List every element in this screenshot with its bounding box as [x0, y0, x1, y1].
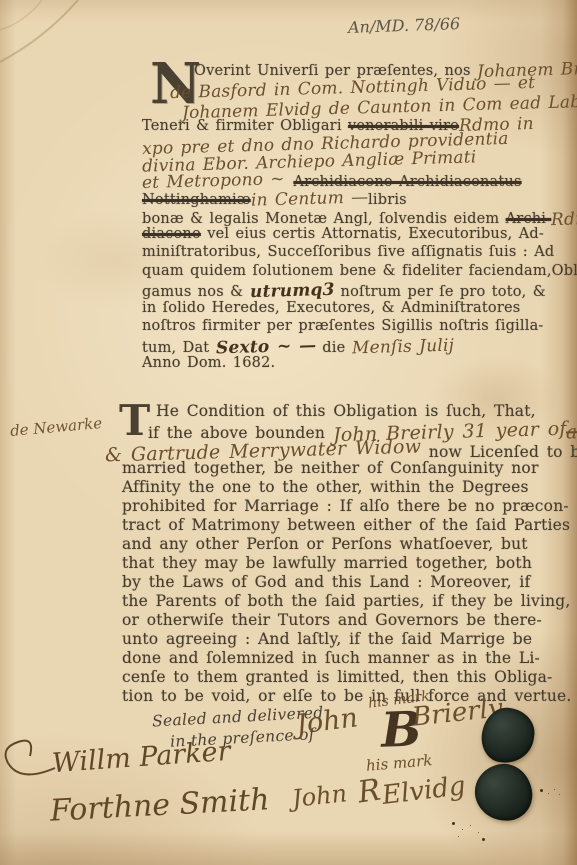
text-line: if the above bounden John Breirly 31 yea… [122, 421, 502, 440]
signature-willm-parker: Willm Parker [51, 736, 231, 779]
mark-label-elvidg: his mark [365, 751, 433, 775]
printed-text: prohibited for Marriage : If alſo there … [122, 497, 569, 515]
text-line: or otherwiſe their Tutors and Governors … [122, 611, 502, 630]
printed-text: quam quidem ſolutionem bene & fideliter … [142, 263, 577, 279]
printed-text: done and ſolemnized in ſuch manner as in… [122, 649, 540, 667]
text-line: prohibited for Marriage : If alſo there … [122, 497, 502, 516]
printed-text: noſtros firmiter per præſentes Sigillis … [142, 318, 544, 334]
text-line: the Parents of both the ſaid parties, if… [122, 592, 502, 611]
handwritten-text-struck: age [566, 421, 577, 444]
printed-text: or otherwiſe their Tutors and Governors … [122, 611, 542, 629]
printed-text: the Parents of both the ſaid parties, if… [122, 592, 571, 610]
text-line: Affinity the one to the other, within th… [122, 478, 502, 497]
printed-text: by the Laws of God and this Land : Moreo… [122, 573, 531, 591]
printed-text: He Condition of this Obligation is ſuch,… [156, 402, 536, 420]
text-line: bonæ & legalis Monetæ Angl, ſolvendis ei… [142, 208, 572, 226]
paper-crease [0, 0, 120, 90]
printed-text-struck: Archi- [506, 211, 552, 227]
text-line: cenſe to them granted is limitted, then … [122, 668, 502, 687]
ink-speckles [452, 822, 455, 825]
document-page: An/MD. 78/66 N Overint Univerſi per præſ… [0, 0, 577, 865]
signature-john-elvidg-last: Elvidg [380, 771, 467, 811]
printed-text-struck: Archidiacono Archidiaconatus [293, 174, 521, 190]
handwritten-date-month: Menſis Julij [351, 335, 454, 358]
archive-reference: An/MD. 78/66 [348, 14, 461, 37]
printed-text: vel eius certis Attornatis, Executoribus… [201, 226, 544, 242]
obligation-paragraph: Overint Univerſi per præſentes, nos Joha… [142, 60, 572, 373]
printed-text: tum, Dat [142, 340, 216, 356]
text-line: xpo pre et dno dno Richardo providentia [142, 134, 572, 152]
text-line: unto agreeing : And laſtly, if the ſaid … [122, 630, 502, 649]
printed-text: libris [368, 192, 407, 208]
text-line: Nottinghamiæ in Centum — libris [142, 189, 572, 207]
printed-text: miniſtratoribus, Succeſſoribus ſive aſſi… [142, 244, 554, 260]
printed-text: bonæ & legalis Monetæ Angl, ſolvendis ei… [142, 211, 506, 227]
text-line: in ſolido Heredes, Executores, & Adminiſ… [142, 300, 572, 318]
printed-text: Affinity the one to the other, within th… [122, 478, 529, 496]
signature-john-elvidg-first: John [291, 779, 349, 813]
text-line: gamus nos & utrumq3 noſtrum per ſe pro t… [142, 281, 572, 299]
text-line: tum, Dat Sexto ~ — die Menſis Julij [142, 337, 572, 355]
condition-paragraph: He Condition of this Obligation is ſuch,… [122, 402, 502, 706]
text-line: He Condition of this Obligation is ſuch,… [122, 402, 502, 421]
signature-forthne-smith: Forthne Smith [49, 782, 270, 828]
printed-text: gamus nos & [142, 284, 250, 300]
handwritten-date-day: Sexto ~ — [215, 335, 316, 358]
text-line: noſtros firmiter per præſentes Sigillis … [142, 318, 572, 336]
printed-text: tract of Matrimony between either of the… [122, 516, 570, 534]
printed-text: that they may be lawfully married togeth… [122, 554, 532, 572]
printed-text: unto agreeing : And laſtly, if the ſaid … [122, 630, 532, 648]
handwritten-text: in Centum — [250, 187, 368, 210]
text-line: tract of Matrimony between either of the… [122, 516, 502, 535]
text-line: and any other Perſon or Perſons whatſoev… [122, 535, 502, 554]
margin-note: de Newarke [9, 414, 102, 440]
printed-text: cenſe to them granted is limitted, then … [122, 668, 552, 686]
text-line: divina Ebor. Archiepo Angliæ Primati [142, 152, 572, 170]
wax-seal [472, 761, 535, 824]
text-line: by the Laws of God and this Land : Moreo… [122, 573, 502, 592]
printed-date-year: Anno Dom. 1682. [142, 355, 275, 371]
handwritten-text: Rdmo in xpo pre [551, 205, 577, 229]
printed-text: tion to be void, or elſe to be in full f… [122, 687, 572, 705]
printed-text: and any other Perſon or Perſons whatſoev… [122, 535, 528, 553]
text-line: miniſtratoribus, Succeſſoribus ſive aſſi… [142, 244, 572, 262]
printed-text: die [316, 340, 352, 356]
elvidg-mark: R [356, 773, 383, 811]
signature-john-brierly-first: John [294, 702, 359, 740]
ink-speckles [540, 789, 543, 792]
text-line: diacono vel eius certis Attornatis, Exec… [142, 226, 572, 244]
handwritten-text: utrumq3 [249, 280, 334, 302]
text-line: quam quidem ſolutionem bene & fideliter … [142, 263, 572, 281]
text-line: that they may be lawfully married togeth… [122, 554, 502, 573]
printed-text-struck: diacono [142, 226, 201, 242]
text-line: et Metropono ~ Archidiacono Archidiacona… [142, 171, 572, 189]
printed-text-struck: Nottinghamiæ [142, 192, 251, 208]
text-line: done and ſolemnized in ſuch manner as in… [122, 649, 502, 668]
printed-text: noſtrum per ſe pro toto, & [334, 284, 546, 300]
printed-text: in ſolido Heredes, Executores, & Adminiſ… [142, 300, 520, 316]
